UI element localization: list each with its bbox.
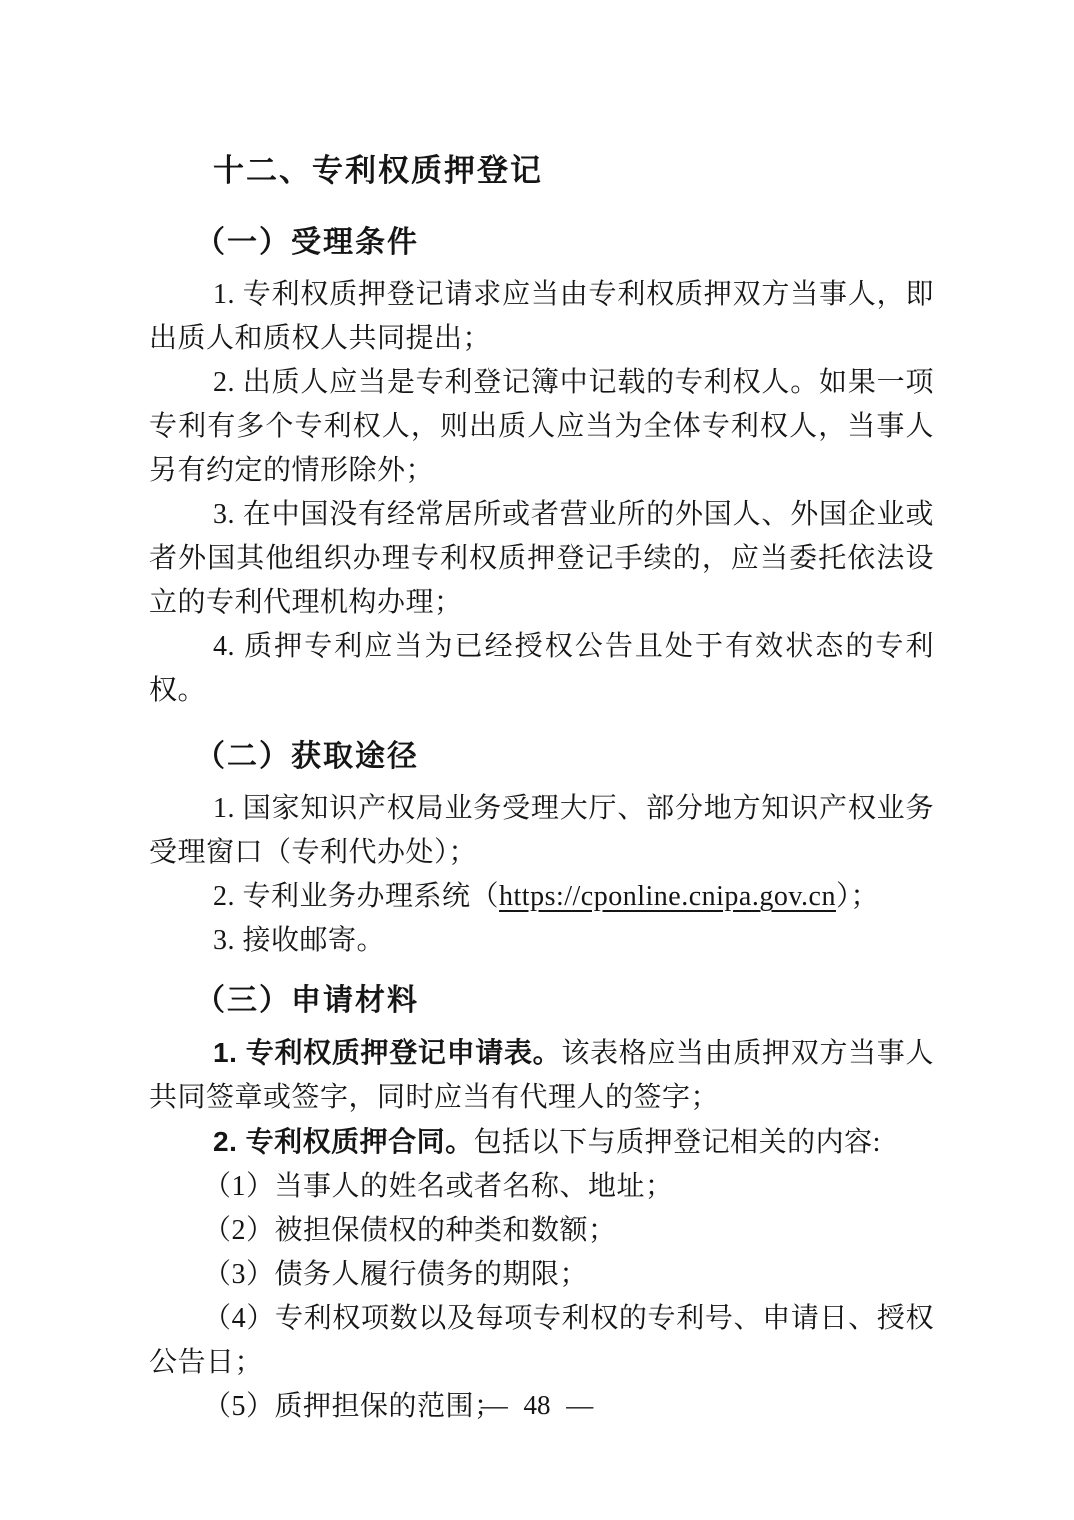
numbered-item: 3. 在中国没有经常居所或者营业所的外国人、外国企业或者外国其他组织办理专利权质… bbox=[149, 493, 934, 625]
section-application-materials: （三）申请材料 1. 专利权质押登记申请表。该表格应当由质押双方当事人共同签章或… bbox=[149, 979, 934, 1429]
bold-lead: 2. 专利权质押合同。 bbox=[213, 1126, 474, 1157]
section-heading-acceptance-conditions: （一）受理条件 bbox=[149, 221, 934, 265]
numbered-item: 1. 专利权质押登记请求应当由专利权质押双方当事人，即出质人和质权人共同提出； bbox=[149, 273, 934, 361]
page-content: 十二、专利权质押登记 （一）受理条件 1. 专利权质押登记请求应当由专利权质押双… bbox=[149, 0, 934, 1429]
page-title: 十二、专利权质押登记 bbox=[149, 151, 934, 191]
text-run: ）； bbox=[836, 881, 879, 912]
sub-item: （1）当事人的姓名或者名称、地址； bbox=[149, 1165, 934, 1209]
numbered-item: 1. 国家知识产权局业务受理大厅、部分地方知识产权业务受理窗口（专利代办处）； bbox=[149, 787, 934, 875]
numbered-item: 3. 接收邮寄。 bbox=[149, 919, 934, 963]
sub-item: （3）债务人履行债务的期限； bbox=[149, 1253, 934, 1297]
text-run: 包括以下与质押登记相关的内容: bbox=[474, 1127, 881, 1158]
section-acceptance-conditions: （一）受理条件 1. 专利权质押登记请求应当由专利权质押双方当事人，即出质人和质… bbox=[149, 221, 934, 713]
sub-item: （4）专利权项数以及每项专利权的专利号、申请日、授权公告日； bbox=[149, 1297, 934, 1385]
page-number: — 48 — bbox=[481, 1390, 594, 1420]
bold-lead: 1. 专利权质押登记申请表。 bbox=[213, 1037, 561, 1068]
numbered-item: 4. 质押专利应当为已经授权公告且处于有效状态的专利权。 bbox=[149, 625, 934, 713]
document-page: 十二、专利权质押登记 （一）受理条件 1. 专利权质押登记请求应当由专利权质押双… bbox=[0, 0, 1074, 1520]
text-run: 2. 专利业务办理系统（ bbox=[213, 881, 499, 912]
numbered-item: 1. 专利权质押登记申请表。该表格应当由质押双方当事人共同签章或签字，同时应当有… bbox=[149, 1031, 934, 1120]
page-footer: — 48 — bbox=[0, 1390, 1074, 1421]
cponline-link[interactable]: https://cponline.cnipa.gov.cn bbox=[499, 881, 836, 912]
numbered-item: 2. 专利权质押合同。包括以下与质押登记相关的内容: bbox=[149, 1120, 934, 1165]
numbered-item: 2. 专利业务办理系统（https://cponline.cnipa.gov.c… bbox=[149, 875, 934, 919]
sub-item: （2）被担保债权的种类和数额； bbox=[149, 1209, 934, 1253]
section-heading-access-channels: （二）获取途径 bbox=[149, 735, 934, 779]
numbered-item: 2. 出质人应当是专利登记簿中记载的专利权人。如果一项专利有多个专利权人，则出质… bbox=[149, 361, 934, 493]
section-heading-application-materials: （三）申请材料 bbox=[149, 979, 934, 1023]
section-access-channels: （二）获取途径 1. 国家知识产权局业务受理大厅、部分地方知识产权业务受理窗口（… bbox=[149, 735, 934, 963]
